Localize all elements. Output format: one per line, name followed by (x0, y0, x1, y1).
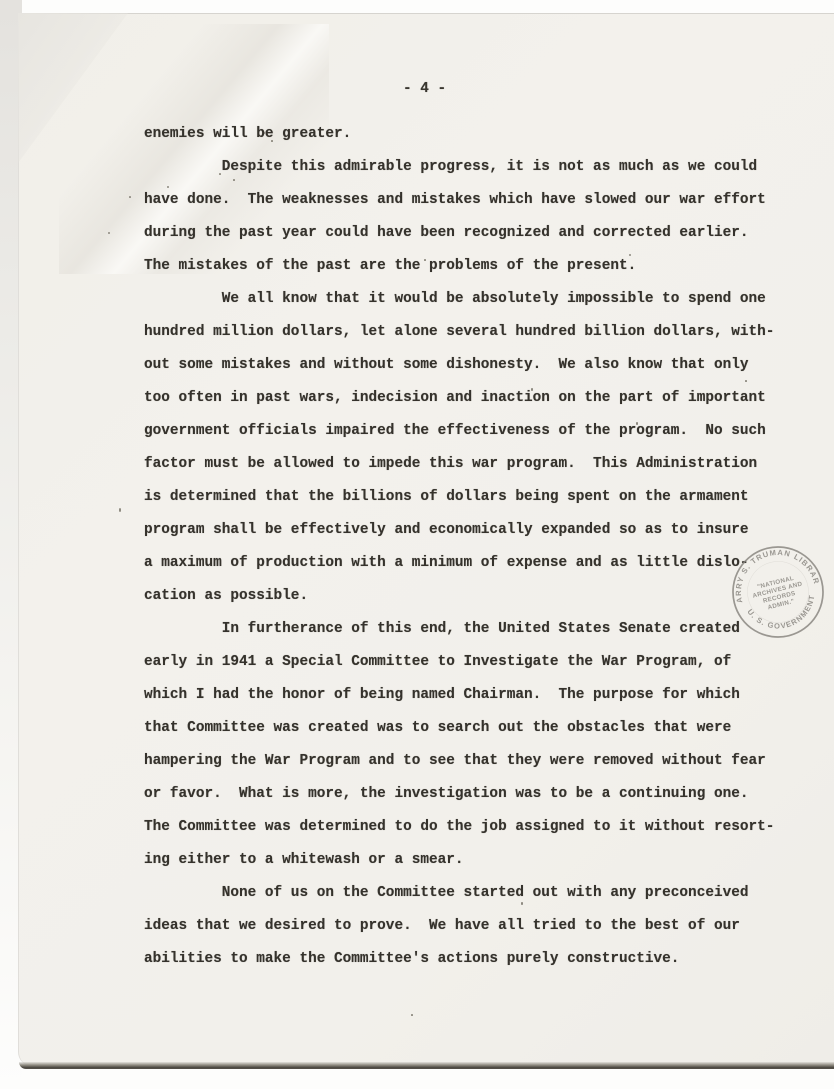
text-line: that Committee was created was to search… (144, 712, 804, 745)
text-line: out some mistakes and without some disho… (144, 349, 804, 382)
text-line: have done. The weaknesses and mistakes w… (144, 184, 804, 217)
archives-stamp: HARRY S. TRUMAN LIBRARY U. S. GOVERNMENT… (730, 544, 826, 640)
text-line: which I had the honor of being named Cha… (144, 679, 804, 712)
text-line: enemies will be greater. (144, 118, 804, 151)
text-line: We all know that it would be absolutely … (144, 283, 804, 316)
paper-bottom-edge (19, 1062, 834, 1069)
text-line: Despite this admirable progress, it is n… (144, 151, 804, 184)
text-line: None of us on the Committee started out … (144, 877, 804, 910)
text-line: ing either to a whitewash or a smear. (144, 844, 804, 877)
paper-sheet: - 4 - enemies will be greater. Despite t… (18, 13, 834, 1066)
text-line: hundred million dollars, let alone sever… (144, 316, 804, 349)
text-line: In furtherance of this end, the United S… (144, 613, 804, 646)
text-line: or favor. What is more, the investigatio… (144, 778, 804, 811)
text-line: government officials impaired the effect… (144, 415, 804, 448)
text-line: The mistakes of the past are the problem… (144, 250, 804, 283)
text-line: hampering the War Program and to see tha… (144, 745, 804, 778)
typed-text: enemies will be greater. Despite this ad… (144, 118, 804, 976)
text-line: abilities to make the Committee's action… (144, 943, 804, 976)
text-line: during the past year could have been rec… (144, 217, 804, 250)
text-line: ideas that we desired to prove. We have … (144, 910, 804, 943)
text-line: program shall be effectively and economi… (144, 514, 804, 547)
text-line: factor must be allowed to impede this wa… (144, 448, 804, 481)
text-line: too often in past wars, indecision and i… (144, 382, 804, 415)
text-line: cation as possible. (144, 580, 804, 613)
text-line: a maximum of production with a minimum o… (144, 547, 804, 580)
corner-fold (18, 13, 128, 163)
text-line: The Committee was determined to do the j… (144, 811, 804, 844)
text-line: is determined that the billions of dolla… (144, 481, 804, 514)
paper-specks (19, 14, 20, 15)
text-line: early in 1941 a Special Committee to Inv… (144, 646, 804, 679)
page-number: - 4 - (403, 73, 446, 106)
